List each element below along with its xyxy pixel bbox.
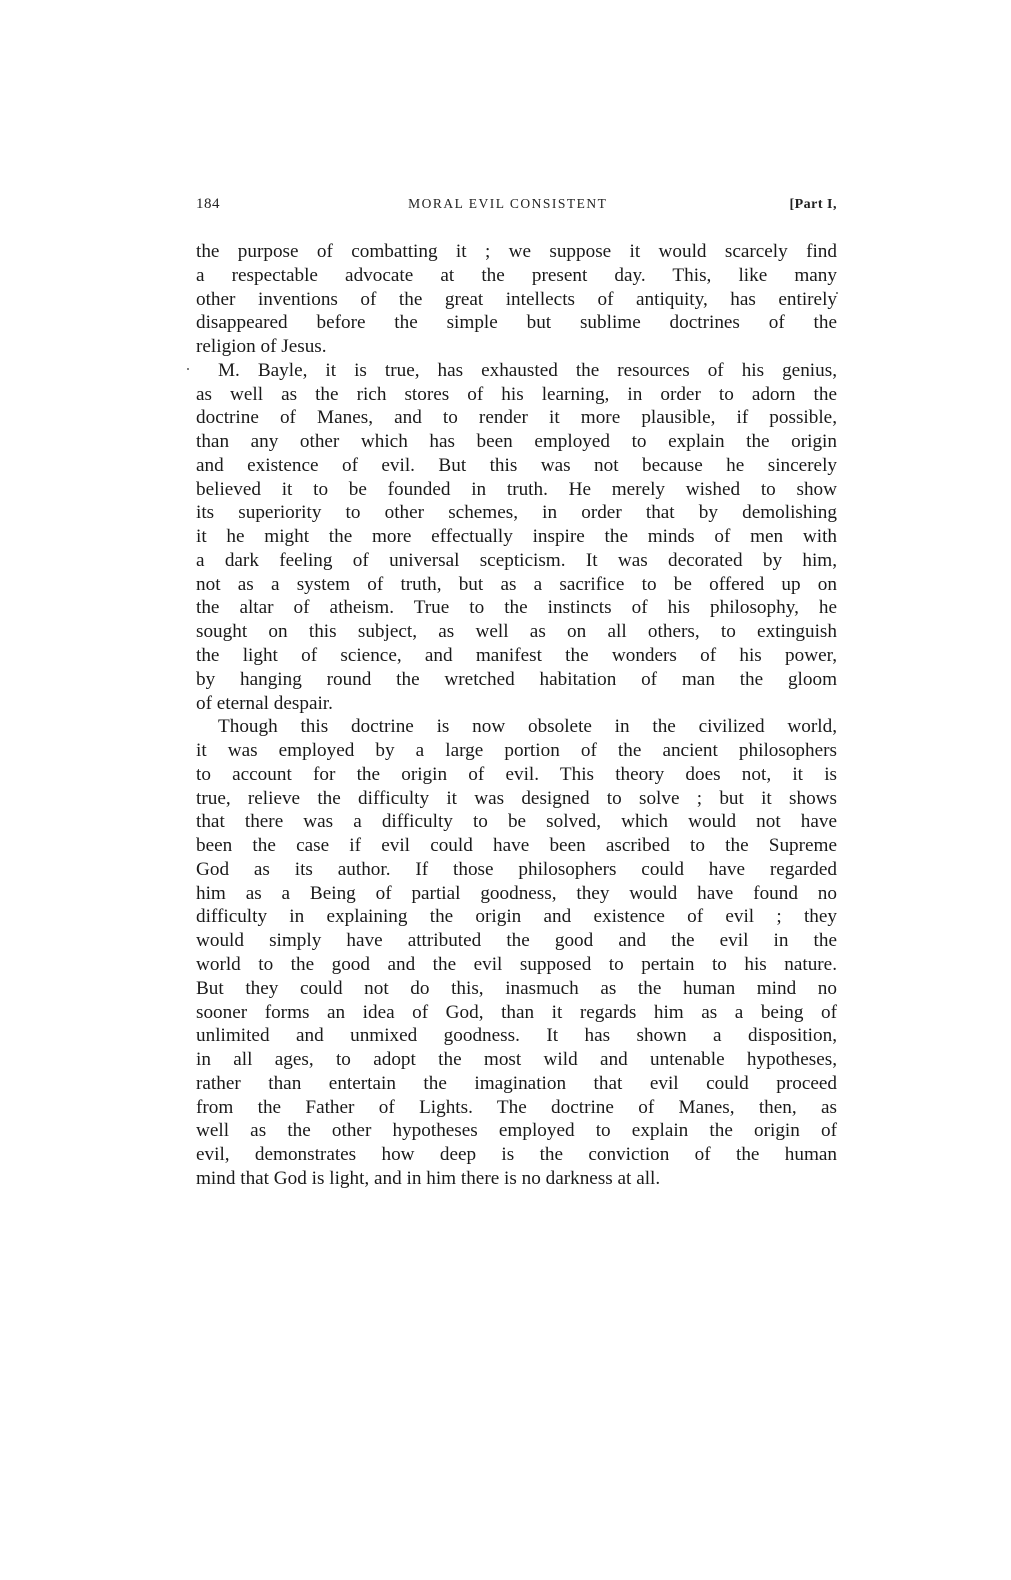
part-label: [Part I,	[789, 197, 837, 213]
text-line: its superiority to other schemes, in ord…	[196, 501, 837, 525]
text-line: him as a Being of partial goodness, they…	[196, 882, 837, 906]
scan-speck	[836, 292, 838, 294]
text-line: unlimited and unmixed goodness. It has s…	[196, 1024, 837, 1048]
scan-speck	[187, 368, 189, 370]
text-line: true, relieve the difficulty it was desi…	[196, 787, 837, 811]
book-page: 184 MORAL EVIL CONSISTENT [Part I, the p…	[196, 196, 837, 1191]
text-line: been the case if evil could have been as…	[196, 834, 837, 858]
text-line: religion of Jesus.	[196, 335, 837, 359]
text-line: the light of science, and manifest the w…	[196, 644, 837, 668]
text-line: believed it to be founded in truth. He m…	[196, 478, 837, 502]
text-line: God as its author. If those philosophers…	[196, 858, 837, 882]
paragraph: Though this doctrine is now obsolete in …	[196, 715, 837, 1190]
text-line: the purpose of combatting it ; we suppos…	[196, 240, 837, 264]
text-line: by hanging round the wretched habitation…	[196, 668, 837, 692]
text-line: difficulty in explaining the origin and …	[196, 905, 837, 929]
text-line: would simply have attributed the good an…	[196, 929, 837, 953]
text-line: well as the other hypotheses employed to…	[196, 1119, 837, 1143]
text-line: in all ages, to adopt the most wild and …	[196, 1048, 837, 1072]
text-line: and existence of evil. But this was not …	[196, 454, 837, 478]
text-line: than any other which has been employed t…	[196, 430, 837, 454]
chapter-title: MORAL EVIL CONSISTENT	[408, 196, 607, 212]
paragraph: M. Bayle, it is true, has exhausted the …	[196, 359, 837, 715]
text-line: mind that God is light, and in him there…	[196, 1167, 837, 1191]
text-line: other inventions of the great intellects…	[196, 288, 837, 312]
text-line: it was employed by a large portion of th…	[196, 739, 837, 763]
page-number: 184	[196, 196, 220, 213]
text-line: rather than entertain the imagination th…	[196, 1072, 837, 1096]
text-line: sought on this subject, as well as on al…	[196, 620, 837, 644]
text-line: evil, demonstrates how deep is the convi…	[196, 1143, 837, 1167]
text-line: Though this doctrine is now obsolete in …	[196, 715, 837, 739]
text-line: to account for the origin of evil. This …	[196, 763, 837, 787]
text-line: from the Father of Lights. The doctrine …	[196, 1096, 837, 1120]
running-head: 184 MORAL EVIL CONSISTENT [Part I,	[196, 196, 837, 220]
text-line: it he might the more effectually inspire…	[196, 525, 837, 549]
body-text: the purpose of combatting it ; we suppos…	[196, 240, 837, 1191]
paragraph: the purpose of combatting it ; we suppos…	[196, 240, 837, 359]
text-line: sooner forms an idea of God, than it reg…	[196, 1001, 837, 1025]
text-line: a dark feeling of universal scepticism. …	[196, 549, 837, 573]
text-line: the altar of atheism. True to the instin…	[196, 596, 837, 620]
text-line: But they could not do this, inasmuch as …	[196, 977, 837, 1001]
text-line: as well as the rich stores of his learni…	[196, 383, 837, 407]
text-line: M. Bayle, it is true, has exhausted the …	[196, 359, 837, 383]
text-line: of eternal despair.	[196, 692, 837, 716]
text-line: that there was a difficulty to be solved…	[196, 810, 837, 834]
text-line: doctrine of Manes, and to render it more…	[196, 406, 837, 430]
text-line: world to the good and the evil supposed …	[196, 953, 837, 977]
text-line: disappeared before the simple but sublim…	[196, 311, 837, 335]
text-line: a respectable advocate at the present da…	[196, 264, 837, 288]
text-line: not as a system of truth, but as a sacri…	[196, 573, 837, 597]
